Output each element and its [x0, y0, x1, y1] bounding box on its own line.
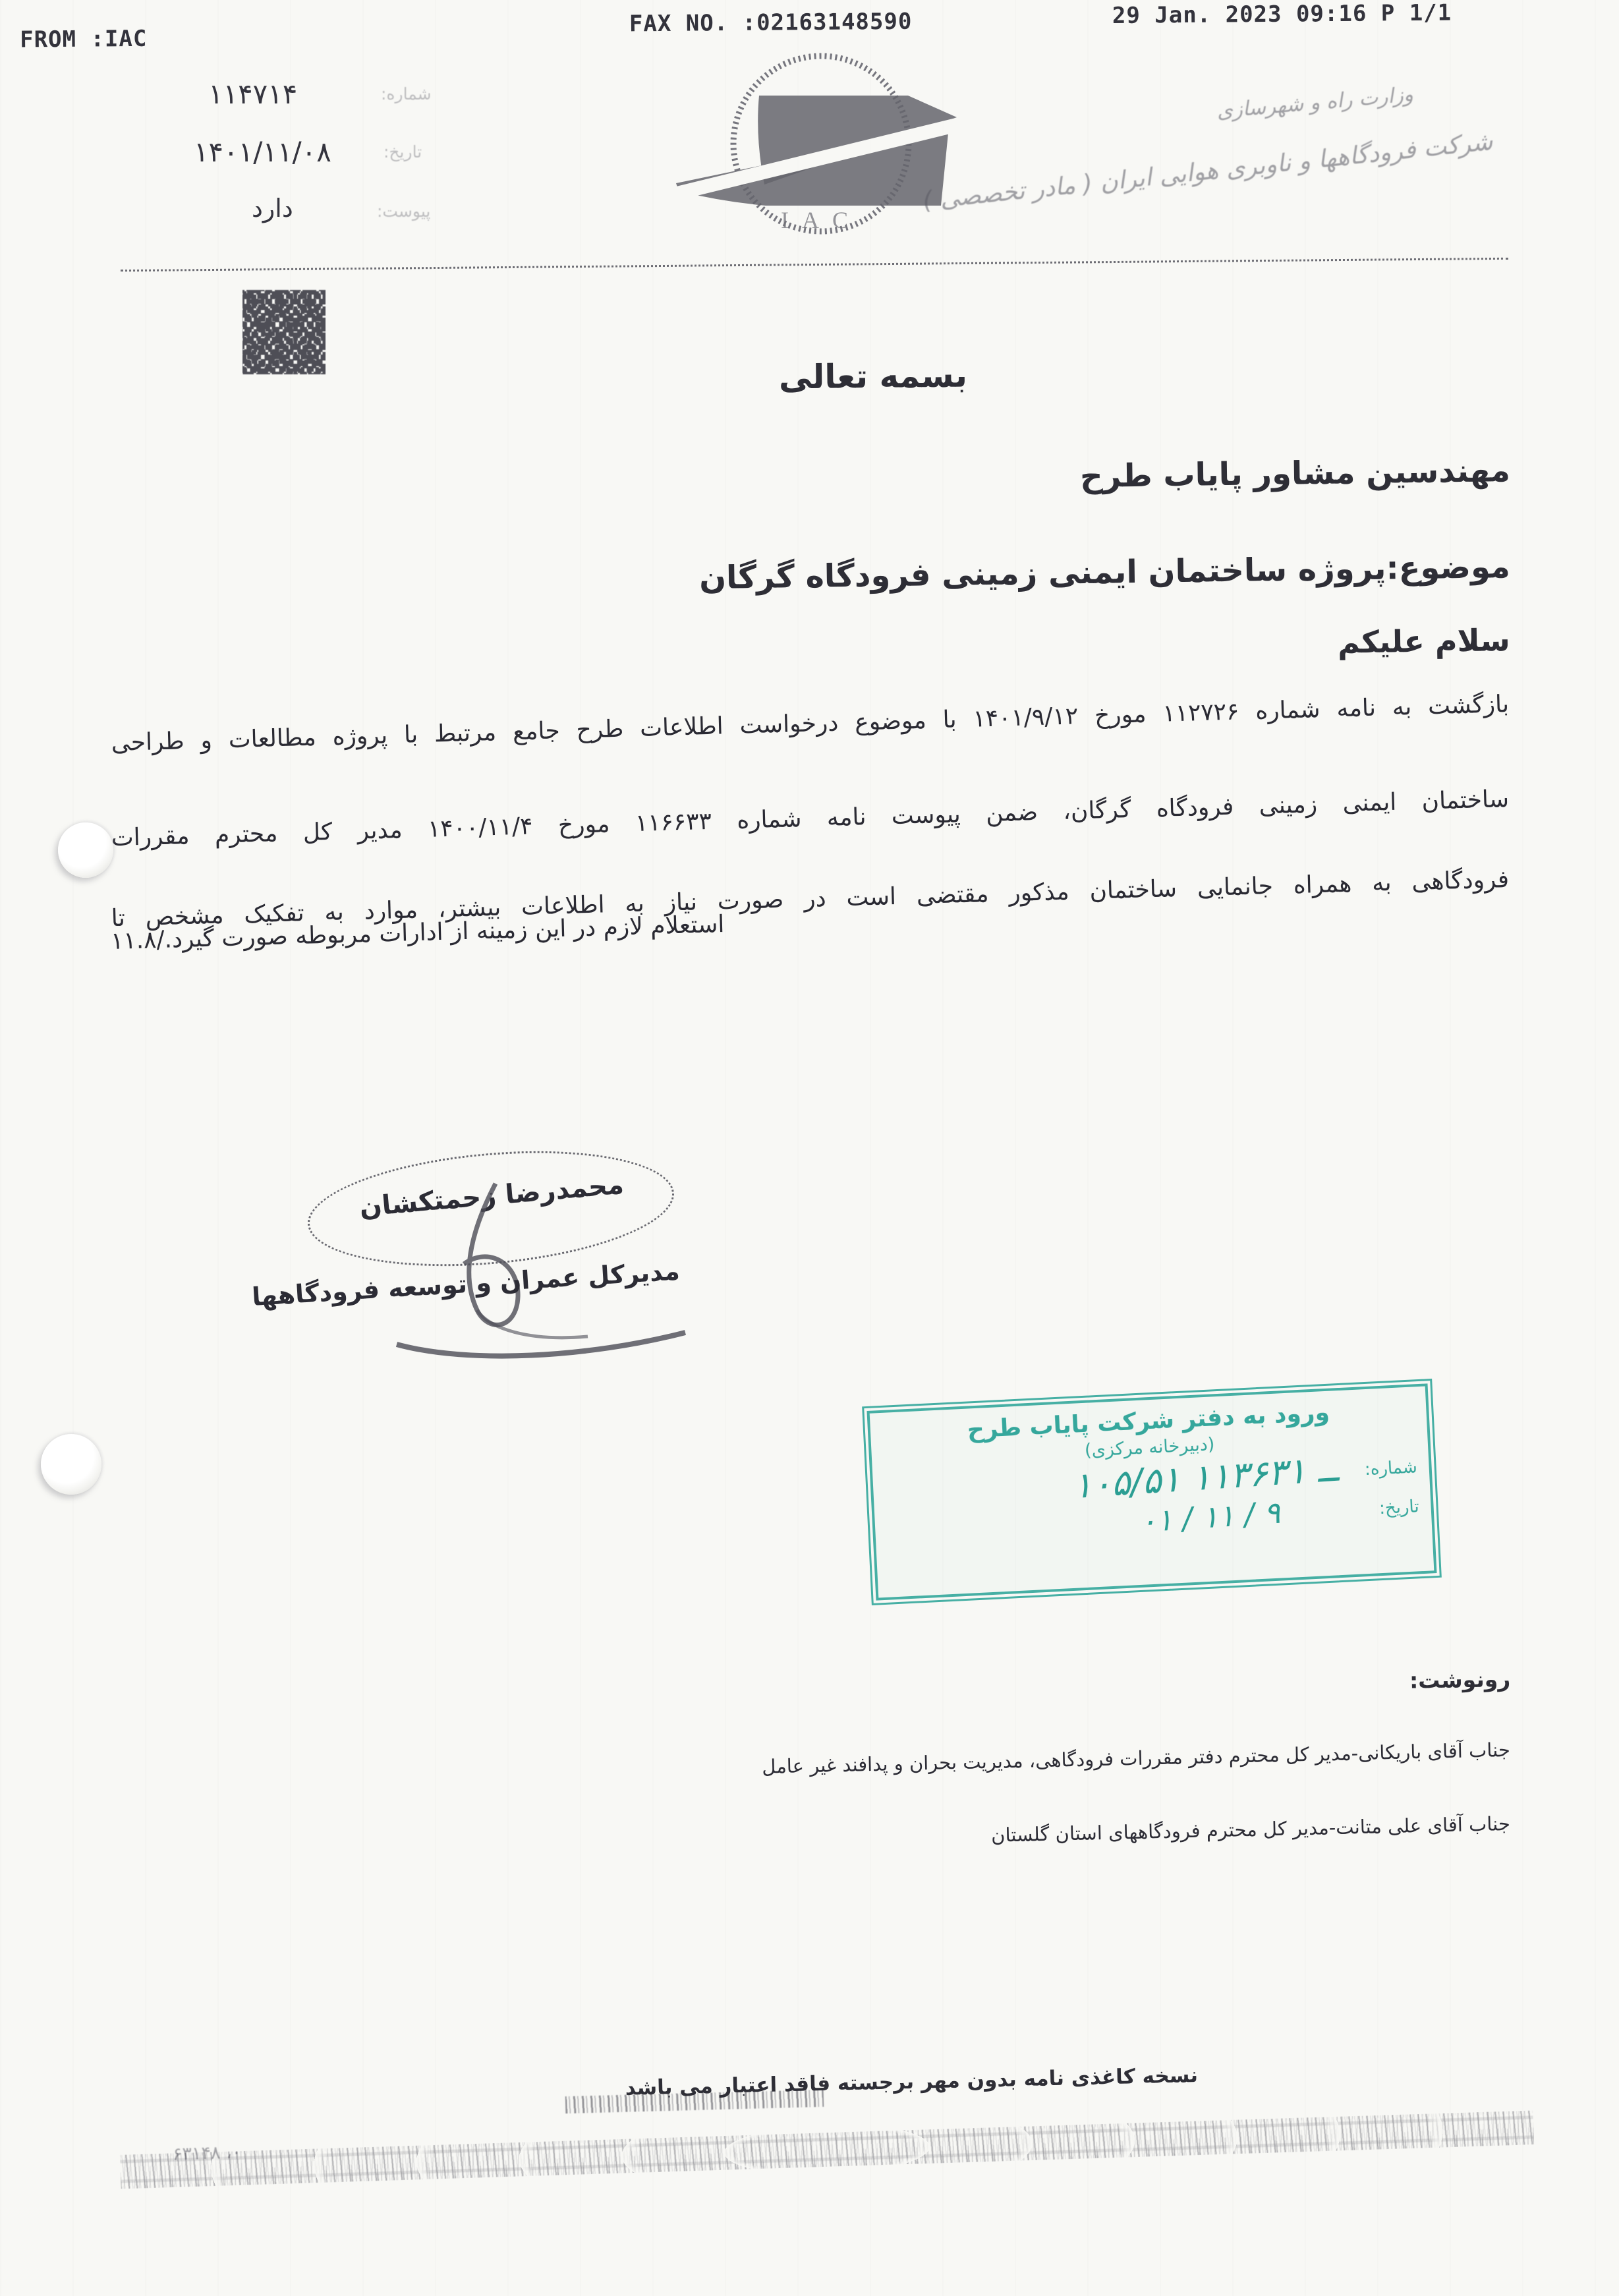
letter-attachment-value: دارد	[252, 194, 293, 223]
subject-line: موضوع:پروژه ساختمان ایمنی زمینی فرودگاه …	[699, 548, 1510, 596]
ministry-name: وزارت راه و شهرسازی	[1216, 82, 1414, 123]
letter-date-label: تاریخ:	[383, 142, 422, 161]
fax-scan-page: FROM :IAC FAX NO. :02163148590 29 Jan. 2…	[0, 0, 1619, 2296]
fax-number: FAX NO. :02163148590	[629, 9, 913, 38]
iac-logo-icon: IAC	[659, 38, 969, 256]
punch-hole-bottom	[41, 1434, 101, 1495]
body-line-2: ساختمان ایمنی زمینی فرودگاه گرگان، ضمن پ…	[111, 786, 1509, 851]
letter-date-value: ۱۴۰۱/۱۱/۰۸	[194, 136, 331, 168]
cc-item-1: جناب آقای باریکانی-مدیر کل محترم دفتر مق…	[762, 1738, 1510, 1778]
datamatrix-barcode	[242, 290, 326, 374]
company-name: شرکت فرودگاهها و ناوبری هوایی ایران ( ما…	[921, 127, 1494, 215]
fax-sender: FROM :IAC	[20, 26, 148, 53]
header-separator	[121, 258, 1508, 272]
stamp-number-label: شماره:	[1364, 1457, 1417, 1479]
letter-number-value: ۱۱۴۷۱۴	[208, 78, 297, 110]
letter-attachment-label: پیوست:	[377, 202, 430, 221]
letter-number-label: شماره:	[381, 84, 432, 103]
stamp-date-value: ۰۱ / ۱۱ / ۹	[1139, 1495, 1282, 1539]
receiving-stamp: ورود به دفتر شرکت پایاب طرح (دبیرخانه مر…	[866, 1383, 1436, 1600]
punch-hole-top	[58, 822, 113, 878]
degraded-address-line	[120, 2110, 1535, 2189]
stamp-date-label: تاریخ:	[1378, 1497, 1419, 1518]
iac-logo-letters: IAC	[781, 207, 861, 233]
footer-phone-fragment: ۶۳۱۴۸ ،۰	[173, 2142, 242, 2164]
recipient-line: مهندسین مشاور پایاب طرح	[1080, 452, 1511, 495]
body-line-1: بازگشت به نامه شماره ۱۱۲۷۲۶ مورخ ۱۴۰۱/۹/…	[111, 691, 1509, 757]
degraded-text-fragment	[565, 2090, 824, 2113]
cc-heading: رونوشت:	[1409, 1666, 1510, 1694]
cc-item-2: جناب آقای علی متانت-مدیر کل محترم فرودگا…	[991, 1812, 1510, 1847]
bismillah-heading: بسمه تعالی	[761, 356, 986, 397]
fax-datetime: 29 Jan. 2023 09:16 P 1/1	[1112, 0, 1452, 29]
salutation-line: سلام علیکم	[1338, 622, 1510, 660]
